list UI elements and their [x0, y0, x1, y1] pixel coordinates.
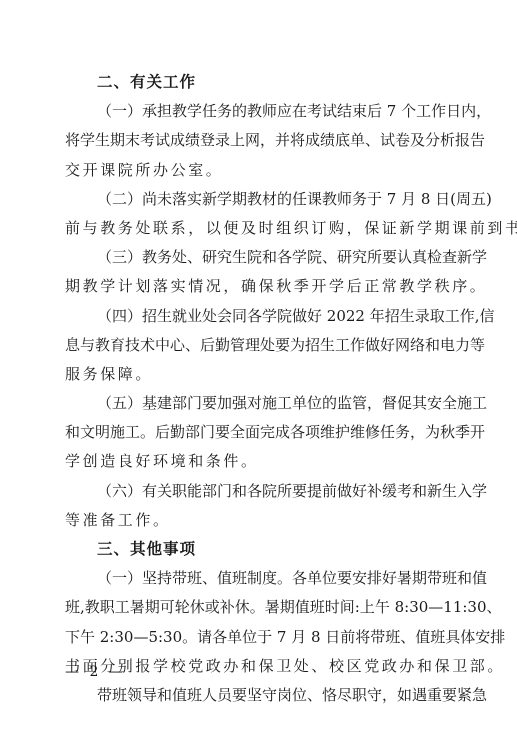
paragraph-1: （一）承担教学任务的教师应在考试结束后 7 个工作日内， 将学生期末考试成绩登录… — [65, 97, 461, 185]
paragraph-line: 下午 2:30—5:30。请各单位于 7 月 8 日前将带班、值班具体安排 — [65, 623, 461, 652]
paragraph-line: 班,教职工暑期可轮休或补休。暑期值班时间:上午 8:30—11:30、 — [65, 593, 461, 622]
paragraph-line: 期教学计划落实情况，确保秋季开学后正常教学秩序。 — [65, 272, 461, 301]
paragraph-3: （三）教务处、研究生院和各学院、研究所要认真检查新学 期教学计划落实情况，确保秋… — [65, 243, 461, 301]
paragraph-line: 等准备工作。 — [65, 506, 461, 535]
paragraph-line: （二）尚未落实新学期教材的任课教师务于 7 月 8 日(周五) — [65, 185, 461, 214]
paragraph-line: （一）承担教学任务的教师应在考试结束后 7 个工作日内， — [65, 97, 461, 126]
paragraph-line: （四）招生就业处会同各学院做好 2022 年招生录取工作,信 — [65, 302, 461, 331]
paragraph-6: （六）有关职能部门和各院所要提前做好补缓考和新生入学 等准备工作。 — [65, 477, 461, 535]
paragraph-line: 服务保障。 — [65, 360, 461, 389]
paragraph-2: （二）尚未落实新学期教材的任课教师务于 7 月 8 日(周五) 前与教务处联系，… — [65, 185, 461, 243]
paragraph-line: 和文明施工。后勤部门要全面完成各项维护维修任务，为秋季开 — [65, 418, 461, 447]
paragraph-8: 带班领导和值班人员要坚守岗位、恪尽职守，如遇重要紧急 — [65, 681, 461, 710]
paragraph-line: 将学生期末考试成绩登录上网，并将成绩底单、试卷及分析报告 — [65, 126, 461, 155]
paragraph-line: 学创造良好环境和条件。 — [65, 447, 461, 476]
paragraph-line: 带班领导和值班人员要坚守岗位、恪尽职守，如遇重要紧急 — [65, 681, 461, 710]
document-page: 二、有关工作 （一）承担教学任务的教师应在考试结束后 7 个工作日内， 将学生期… — [65, 68, 461, 710]
page-number: — 2 — — [65, 664, 126, 680]
paragraph-line: （五）基建部门要加强对施工单位的监管，督促其安全施工 — [65, 389, 461, 418]
paragraph-line: 前与教务处联系，以便及时组织订购，保证新学期课前到书。 — [65, 214, 461, 243]
section-heading-other-matters: 三、其他事项 — [65, 535, 461, 564]
paragraph-line: 息与教育技术中心、后勤管理处要为招生工作做好网络和电力等 — [65, 331, 461, 360]
paragraph-line: 交开课院所办公室。 — [65, 156, 461, 185]
paragraph-4: （四）招生就业处会同各学院做好 2022 年招生录取工作,信 息与教育技术中心、… — [65, 302, 461, 390]
paragraph-line: （一）坚持带班、值班制度。各单位要安排好暑期带班和值 — [65, 564, 461, 593]
paragraph-5: （五）基建部门要加强对施工单位的监管，督促其安全施工 和文明施工。后勤部门要全面… — [65, 389, 461, 477]
section-heading-related-work: 二、有关工作 — [65, 68, 461, 97]
paragraph-line: （三）教务处、研究生院和各学院、研究所要认真检查新学 — [65, 243, 461, 272]
paragraph-line: （六）有关职能部门和各院所要提前做好补缓考和新生入学 — [65, 477, 461, 506]
